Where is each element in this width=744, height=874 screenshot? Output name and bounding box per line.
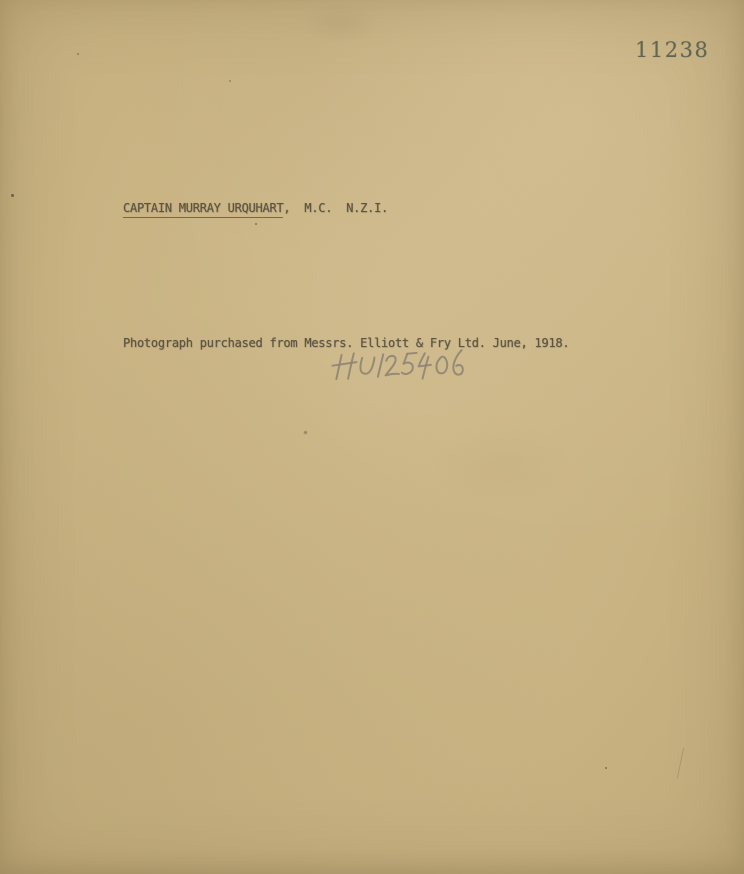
- pencil-handwriting-strokes: [330, 346, 479, 384]
- paper-speck: [229, 80, 231, 82]
- paper-speck: [77, 53, 79, 55]
- photo-caption-card: 11238 CAPTAIN MURRAY URQUHART, M.C. N.Z.…: [0, 0, 744, 874]
- paper-stain: [430, 420, 570, 510]
- paper-speck: [11, 194, 14, 197]
- paper-speck: [304, 431, 307, 434]
- caption-line: CAPTAIN MURRAY URQUHART, M.C. N.Z.I.: [123, 201, 388, 216]
- paper-speck: [255, 223, 257, 225]
- archive-number-stamp: 11238: [635, 38, 709, 62]
- paper-scratch: [677, 747, 685, 779]
- paper-stain: [295, 0, 385, 46]
- paper-speck: [605, 767, 607, 769]
- handwritten-reference-text: HU125406: [330, 384, 331, 385]
- caption-honors: , M.C. N.Z.I.: [283, 201, 388, 215]
- caption-subject-name: CAPTAIN MURRAY URQUHART: [123, 201, 283, 218]
- handwritten-reference-number: HU125406: [330, 346, 479, 384]
